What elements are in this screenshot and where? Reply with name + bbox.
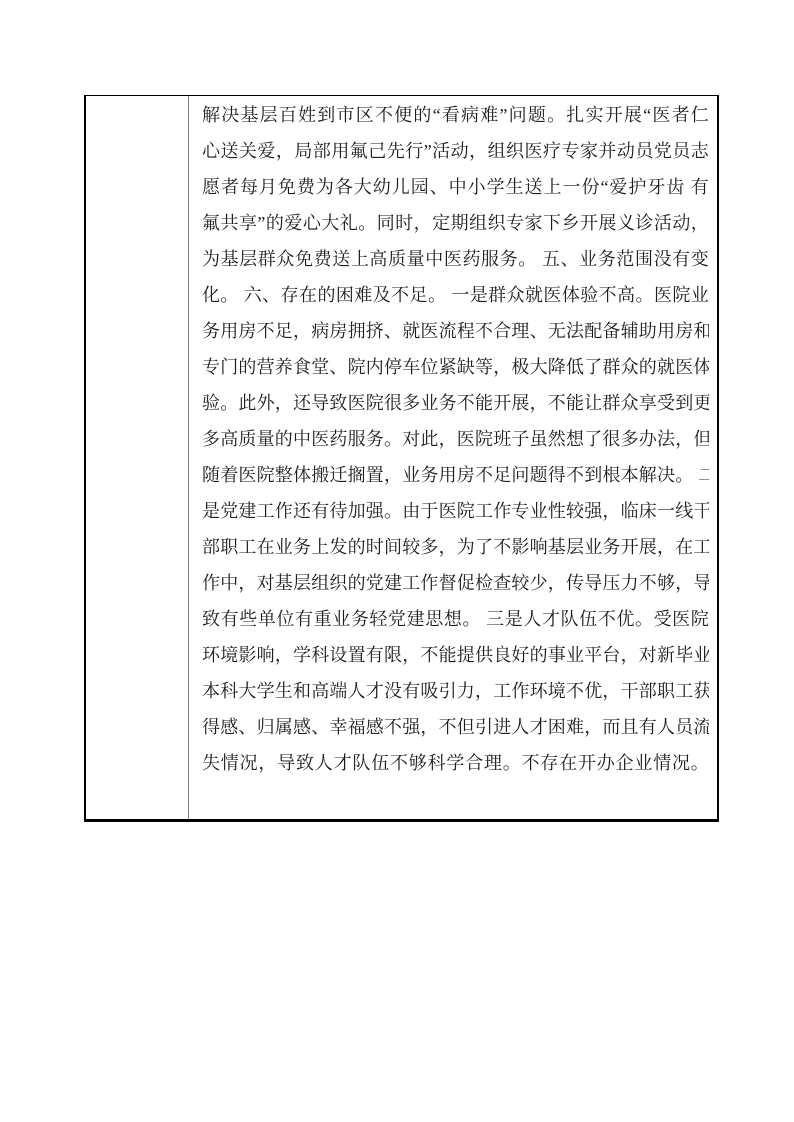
text-line: 部职工在业务上发的时间较多，为了不影响基层业务开展，在工 [202,529,709,565]
text-line: 多高质量的中医药服务。对此，医院班子虽然想了很多办法，但 [202,421,709,457]
text-line: 验。此外，还导致医院很多业务不能开展，不能让群众享受到更 [202,385,709,421]
table-label-cell [86,96,189,819]
table-content-cell: 解决基层百姓到市区不便的“看病难”问题。扎实开展“医者仁 心送关爱，局部用氟己先… [189,96,717,819]
text-line: 失情况，导致人才队伍不够科学合理。不存在开办企业情况。 [202,745,709,781]
text-line: 环境影响，学科设置有限，不能提供良好的事业平台，对新毕业 [202,637,709,673]
text-line: 愿者每月免费为各大幼儿园、中小学生送上一份“爱护牙齿 有 [202,169,709,205]
document-page: 解决基层百姓到市区不便的“看病难”问题。扎实开展“医者仁 心送关爱，局部用氟己先… [0,0,794,1122]
text-line: 心送关爱，局部用氟己先行”活动，组织医疗专家并动员党员志 [202,133,709,169]
text-line: 务用房不足，病房拥挤、就医流程不合理、无法配备辅助用房和 [202,313,709,349]
text-line: 本科大学生和高端人才没有吸引力，工作环境不优，干部职工获 [202,673,709,709]
text-line: 随着医院整体搬迁搁置，业务用房不足问题得不到根本解决。 二 [202,457,709,493]
text-line: 为基层群众免费送上高质量中医药服务。 五、业务范围没有变 [202,241,709,277]
text-line: 氟共享”的爱心大礼。同时，定期组织专家下乡开展义诊活动， [202,205,709,241]
report-table: 解决基层百姓到市区不便的“看病难”问题。扎实开展“医者仁 心送关爱，局部用氟己先… [84,95,719,822]
text-line: 专门的营养食堂、院内停车位紧缺等，极大降低了群众的就医体 [202,349,709,385]
text-line: 化。 六、存在的困难及不足。 一是群众就医体验不高。医院业 [202,277,709,313]
text-line: 解决基层百姓到市区不便的“看病难”问题。扎实开展“医者仁 [202,97,709,133]
text-line: 得感、归属感、幸福感不强，不但引进人才困难，而且有人员流 [202,709,709,745]
text-line: 致有些单位有重业务轻党建思想。 三是人才队伍不优。受医院 [202,601,709,637]
text-line: 作中，对基层组织的党建工作督促检查较少，传导压力不够，导 [202,565,709,601]
text-line: 是党建工作还有待加强。由于医院工作专业性较强，临床一线干 [202,493,709,529]
